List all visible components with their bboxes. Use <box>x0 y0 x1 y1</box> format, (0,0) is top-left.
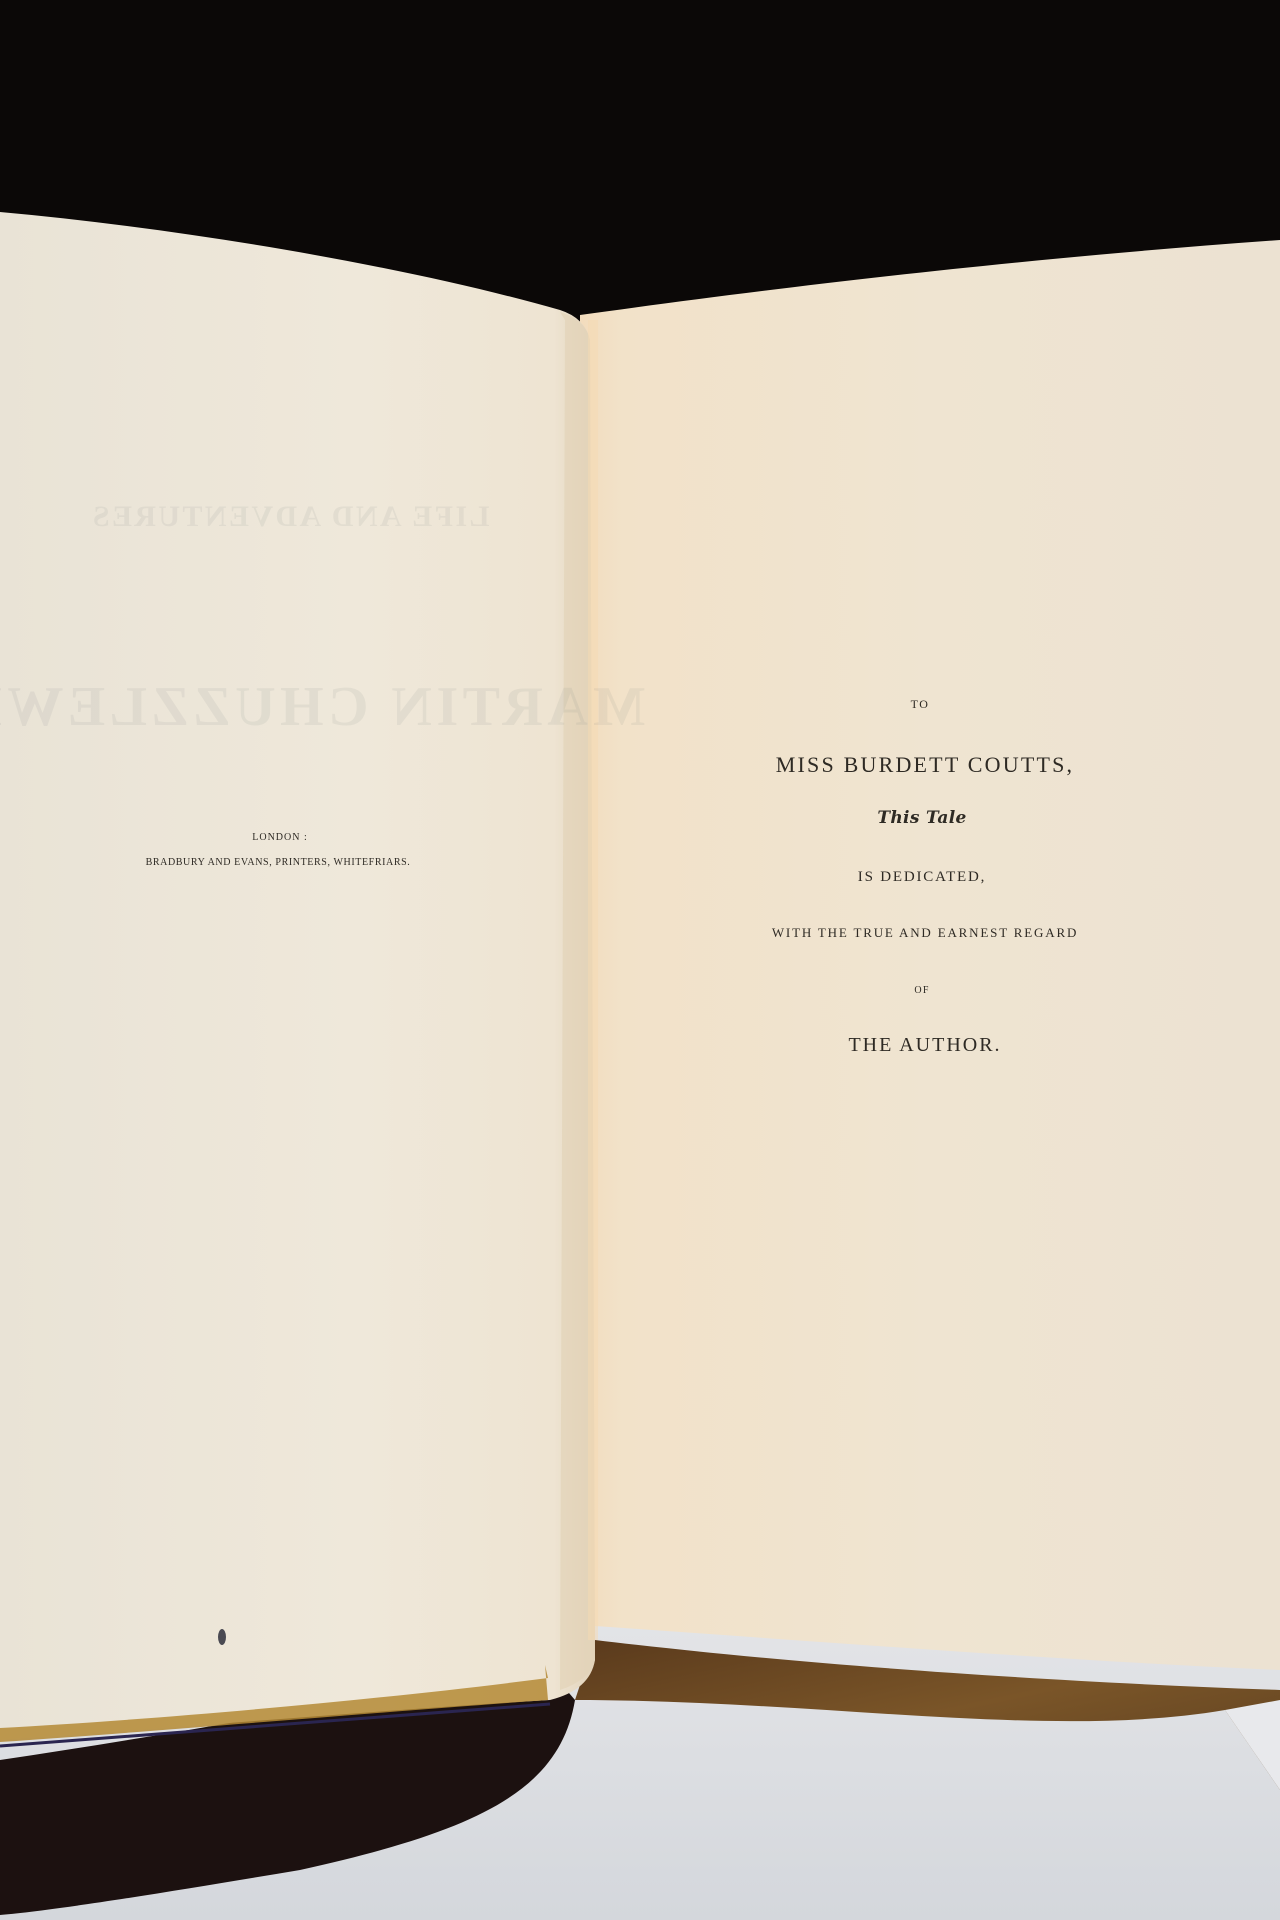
dedication-to: TO <box>911 697 930 712</box>
dedication-is-dedicated: IS DEDICATED, <box>858 869 986 886</box>
photo-scene: LIFE AND ADVENTURES MARTIN CHUZZLEWIT LO… <box>0 0 1280 1920</box>
dedication-author: THE AUTHOR. <box>848 1034 1001 1057</box>
dedication-of: OF <box>914 985 929 996</box>
dedication-regard: WITH THE TRUE AND EARNEST REGARD <box>772 925 1078 941</box>
imprint-city: LONDON : <box>252 832 308 843</box>
imprint-printer: BRADBURY AND EVANS, PRINTERS, WHITEFRIAR… <box>146 857 411 868</box>
book-illustration <box>0 0 1280 1920</box>
dedication-recipient: MISS BURDETT COUTTS, <box>776 752 1074 778</box>
bleed-through-text: MARTIN CHUZZLEWIT <box>0 675 645 739</box>
dedication-subject: This Tale <box>877 808 966 828</box>
right-page <box>580 240 1280 1670</box>
left-page <box>0 212 595 1740</box>
bleed-through-text: LIFE AND ADVENTURES <box>90 500 489 534</box>
